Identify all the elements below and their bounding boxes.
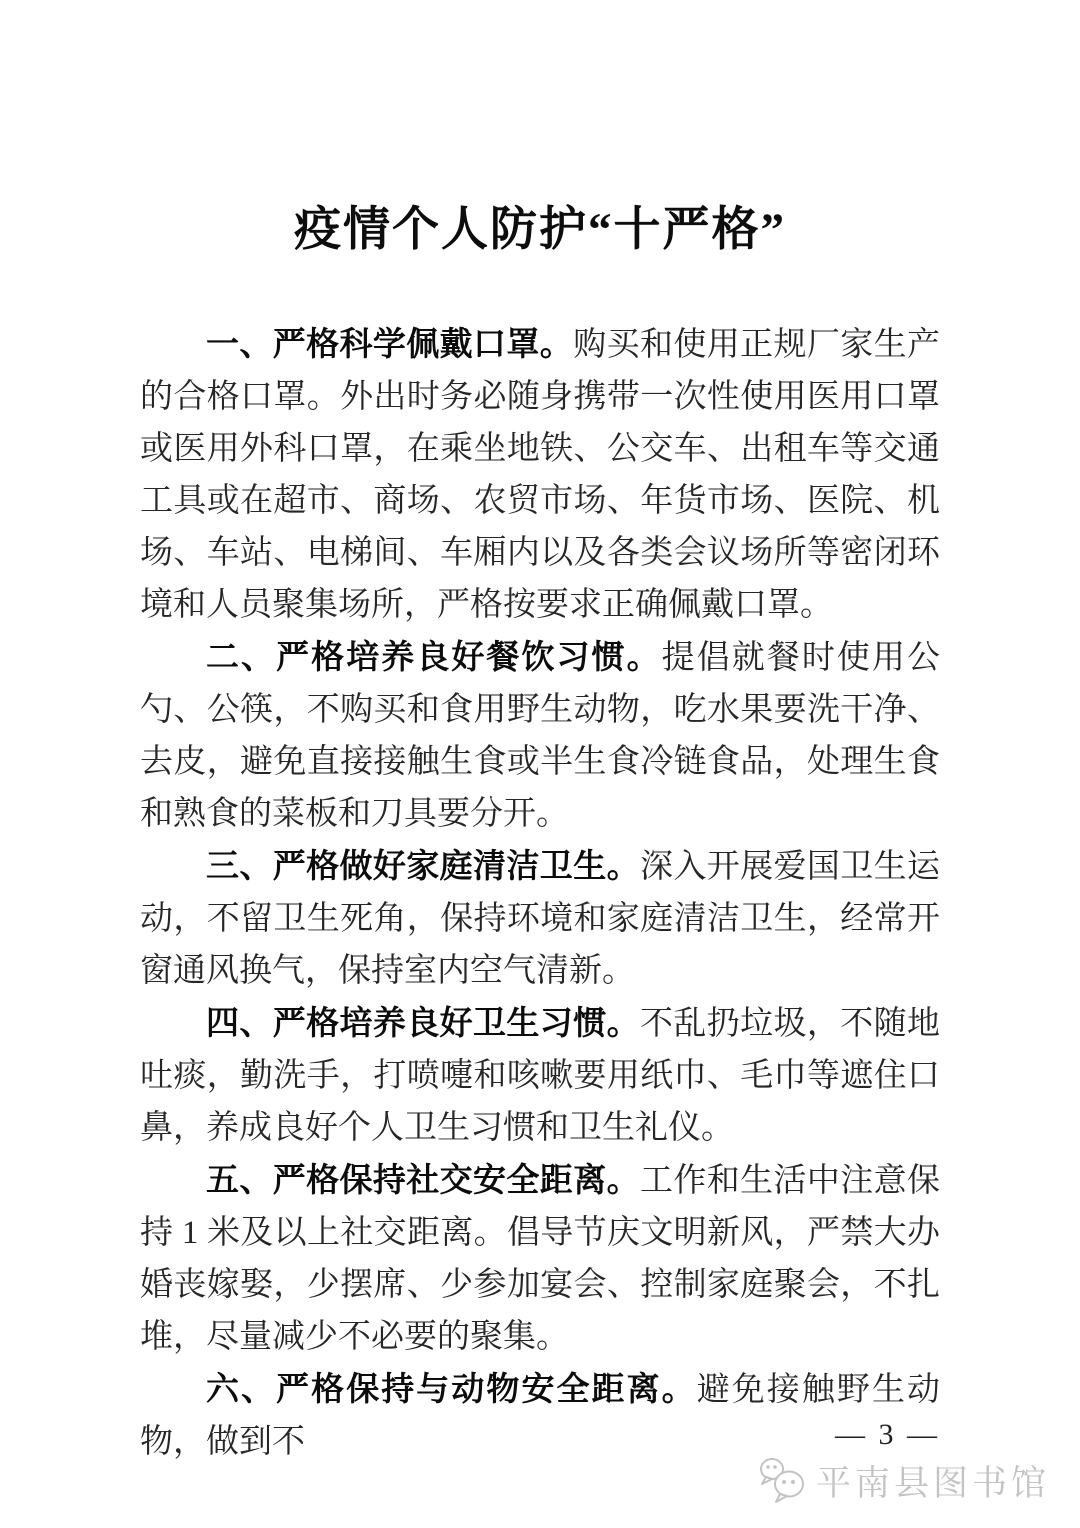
paragraph-5: 五、严格保持社交安全距离。工作和生活中注意保持 1 米及以上社交距离。倡导节庆文… [140,1154,940,1363]
paragraph-5-lead: 五、严格保持社交安全距离。 [206,1161,640,1198]
watermark-label: 平南县图书馆 [816,1456,1050,1506]
paragraph-1-text: 购买和使用正规厂家生产的合格口罩。外出时务必随身携带一次性使用医用口罩或医用外科… [140,327,940,623]
paragraph-2-lead: 二、严格培养良好餐饮习惯。 [206,638,662,675]
paragraph-4-lead: 四、严格培养良好卫生习惯。 [206,1004,640,1041]
paragraph-6-lead: 六、严格保持与动物安全距离。 [206,1370,697,1407]
paragraph-3-lead: 三、严格做好家庭清洁卫生。 [206,847,640,884]
paragraph-6: 六、严格保持与动物安全距离。避免接触野生动物，做到不 [140,1363,940,1468]
wechat-icon [758,1456,808,1506]
watermark: 平南县图书馆 [758,1456,1050,1506]
paragraph-1-lead: 一、严格科学佩戴口罩。 [206,325,573,362]
page-title: 疫情个人防护“十严格” [0,192,1080,259]
document-page: 疫情个人防护“十严格” 一、严格科学佩戴口罩。购买和使用正规厂家生产的合格口罩。… [0,0,1080,1528]
paragraph-3: 三、严格做好家庭清洁卫生。深入开展爱国卫生运动，不留卫生死角，保持环境和家庭清洁… [140,840,940,997]
paragraph-2: 二、严格培养良好餐饮习惯。提倡就餐时使用公勺、公筷，不购买和食用野生动物，吃水果… [140,631,940,840]
paragraph-1: 一、严格科学佩戴口罩。购买和使用正规厂家生产的合格口罩。外出时务必随身携带一次性… [140,318,940,631]
page-number: — 3 — [140,1418,940,1452]
document-body: 一、严格科学佩戴口罩。购买和使用正规厂家生产的合格口罩。外出时务必随身携带一次性… [140,318,940,1468]
paragraph-4: 四、严格培养良好卫生习惯。不乱扔垃圾，不随地吐痰，勤洗手，打喷嚏和咳嗽要用纸巾、… [140,997,940,1154]
